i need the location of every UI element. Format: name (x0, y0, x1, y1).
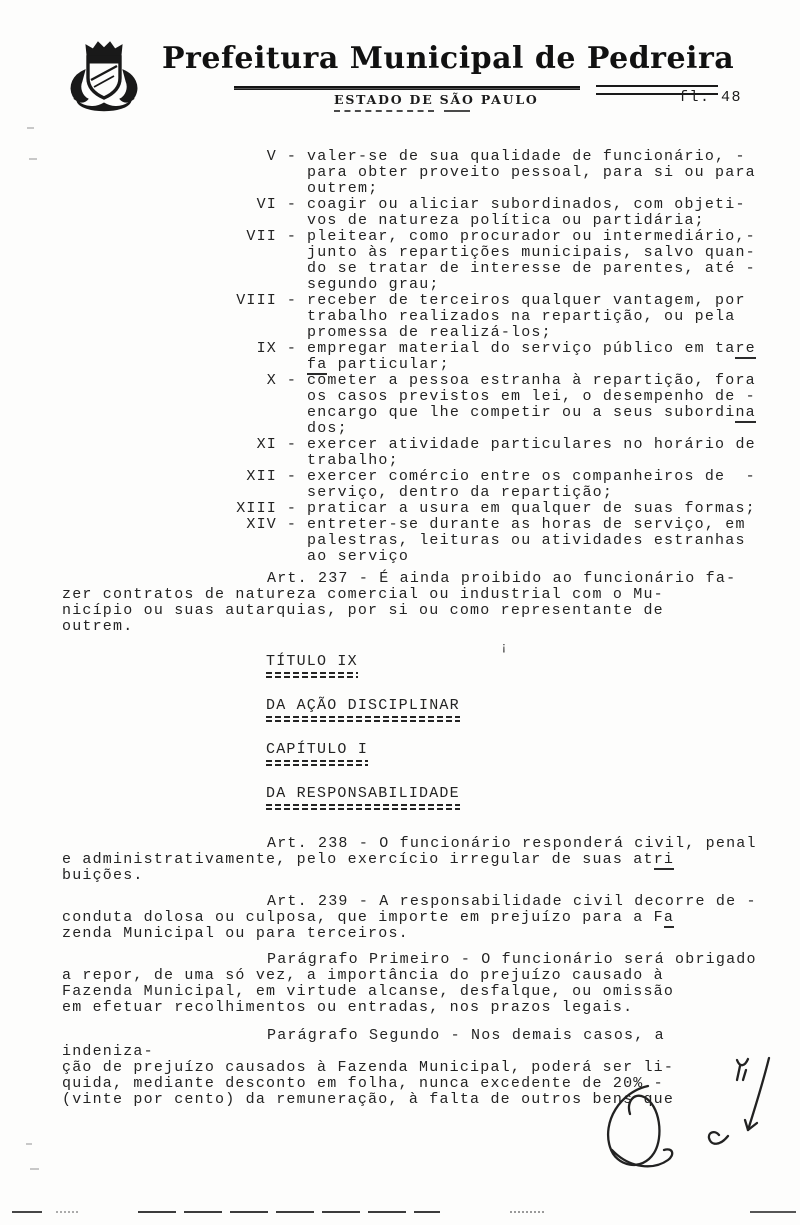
list-item-text: entreter-se durante as horas de serviço,… (307, 517, 746, 565)
list-item-numeral: VIII (220, 293, 277, 309)
list-item-text: exercer atividade particulares no horári… (307, 437, 756, 469)
bottom-rule-segment (56, 1211, 78, 1213)
list-item: XIV-entreter-se durante as horas de serv… (220, 517, 756, 565)
list-item-numeral: XII (220, 469, 277, 485)
list-item-dash: - (277, 341, 307, 357)
list-item-dash: - (277, 197, 307, 213)
article-paragraph: Art. 237 - É ainda proibido ao funcionár… (62, 571, 762, 635)
list-item-numeral: X (220, 373, 277, 389)
signature-scribble (580, 1048, 790, 1180)
list-item-dash: - (277, 517, 307, 533)
list-item-dash: - (277, 229, 307, 245)
list-item-text: exercer comércio entre os companheiros d… (307, 469, 756, 501)
article-paragraph: Art. 238 - O funcionário responderá civi… (62, 836, 762, 884)
scan-speck (30, 1168, 39, 1170)
prohibitions-list: V-valer-se de sua qualidade de funcionár… (220, 149, 756, 565)
list-item: VIII-receber de terceiros qualquer vanta… (220, 293, 756, 341)
list-item-text: pleitear, como procurador ou intermediár… (307, 229, 756, 293)
bottom-rule-segment (750, 1211, 796, 1213)
section-heading-titulo-ix: TÍTULO IX (266, 654, 358, 678)
subtitle-dashes (334, 110, 434, 112)
section-heading-responsabilidade: DA RESPONSABILIDADE (266, 786, 460, 810)
folio-number: fl. 48 (679, 90, 742, 106)
list-item-text: coagir ou aliciar subordinados, com obje… (307, 197, 746, 229)
list-item-dash: - (277, 501, 307, 517)
list-item-text: cometer a pessoa estranha à repartição, … (307, 373, 756, 437)
list-item: XIII-praticar a usura em qualquer de sua… (220, 501, 756, 517)
list-item-dash: - (277, 437, 307, 453)
bottom-rule-segment (12, 1211, 42, 1213)
article-paragraph: Parágrafo Primeiro - O funcionário será … (62, 952, 762, 1016)
list-item-numeral: V (220, 149, 277, 165)
article-paragraph: Art. 239 - A responsabilidade civil deco… (62, 894, 762, 942)
list-item-numeral: XI (220, 437, 277, 453)
page-title: Prefeitura Municipal de Pedreira (162, 42, 762, 76)
list-item-numeral: VI (220, 197, 277, 213)
page-subtitle: ESTADO DE SÃO PAULO (334, 92, 539, 108)
list-item: XII-exercer comércio entre os companheir… (220, 469, 756, 501)
list-item-text: praticar a usura em qualquer de suas for… (307, 501, 756, 517)
list-item: VII-pleitear, como procurador ou interme… (220, 229, 756, 293)
list-item-dash: - (277, 373, 307, 389)
list-item-text: receber de terceiros qualquer vantagem, … (307, 293, 746, 341)
stray-ink-mark: ¡ (500, 640, 509, 656)
list-item-text: valer-se de sua qualidade de funcionário… (307, 149, 756, 197)
municipal-coat-of-arms-icon (64, 40, 144, 118)
subtitle-dashes (444, 110, 470, 112)
list-item-numeral: XIV (220, 517, 277, 533)
scanned-document-page: Prefeitura Municipal de Pedreira ESTADO … (0, 0, 800, 1225)
list-item: V-valer-se de sua qualidade de funcionár… (220, 149, 756, 197)
list-item: X-cometer a pessoa estranha à repartição… (220, 373, 756, 437)
scan-speck (29, 158, 37, 160)
list-item: XI-exercer atividade particulares no hor… (220, 437, 756, 469)
list-item-text: empregar material do serviço público em … (307, 341, 756, 373)
scan-speck (27, 127, 34, 129)
list-item-dash: - (277, 293, 307, 309)
list-item-numeral: XIII (220, 501, 277, 517)
scan-speck (26, 1143, 32, 1145)
list-item-numeral: IX (220, 341, 277, 357)
title-underline-left (234, 86, 580, 90)
bottom-rule-segment (138, 1211, 440, 1213)
section-heading-acao-disciplinar: DA AÇÃO DISCIPLINAR (266, 698, 460, 722)
list-item-dash: - (277, 149, 307, 165)
section-heading-capitulo-i: CAPÍTULO I (266, 742, 368, 766)
list-item: VI-coagir ou aliciar subordinados, com o… (220, 197, 756, 229)
bottom-rule-segment (510, 1211, 544, 1213)
list-item-dash: - (277, 469, 307, 485)
list-item-numeral: VII (220, 229, 277, 245)
list-item: IX-empregar material do serviço público … (220, 341, 756, 373)
